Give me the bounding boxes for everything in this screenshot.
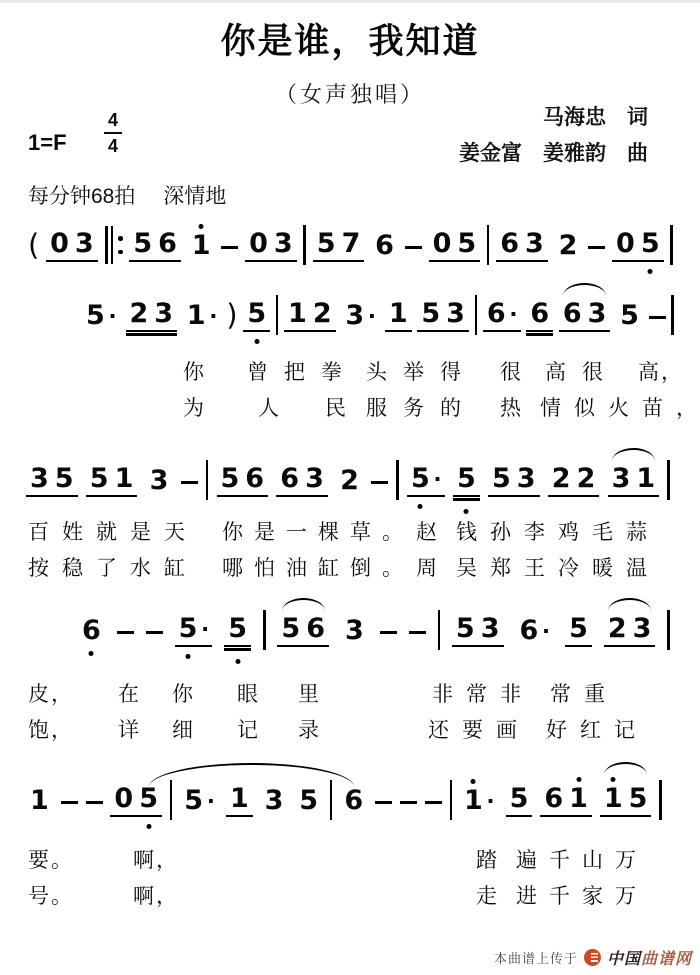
note-group: 6 bbox=[371, 230, 398, 262]
site-name-cn: 中国 bbox=[607, 951, 641, 968]
lyric-segment: 很 bbox=[500, 356, 534, 386]
dash-extension bbox=[146, 631, 163, 635]
note: 6 bbox=[541, 783, 566, 815]
note: 6 bbox=[303, 613, 328, 645]
note: 2 bbox=[549, 463, 574, 495]
note: 0 bbox=[111, 783, 136, 815]
lyric-segment: 记 bbox=[237, 714, 271, 744]
dash-extension bbox=[425, 801, 442, 805]
note: 3 bbox=[27, 463, 52, 495]
note-group: 2 bbox=[336, 465, 363, 497]
lyric-segment: 情似火苗， bbox=[540, 392, 700, 422]
note-group: 23 bbox=[604, 613, 656, 647]
lyric-segment: 细 bbox=[172, 714, 206, 744]
footer: 本曲谱上传于 中国曲谱网 bbox=[494, 946, 692, 969]
note: 0 bbox=[430, 228, 455, 260]
note: 3 bbox=[151, 298, 176, 330]
note-group: 63 bbox=[276, 463, 328, 497]
note: 6 bbox=[372, 230, 397, 262]
barline bbox=[475, 295, 478, 335]
note: 3 bbox=[522, 228, 547, 260]
note-group: 53 bbox=[452, 613, 504, 647]
barline bbox=[303, 225, 306, 265]
dash-extension bbox=[86, 801, 103, 805]
dash-extension bbox=[405, 246, 422, 250]
repeat-thick-bar bbox=[105, 226, 108, 264]
note-group: 6· bbox=[483, 298, 521, 332]
lyric-segment: 要。 bbox=[28, 844, 74, 874]
note: 2 bbox=[556, 230, 581, 262]
site-name: 中国曲谱网 bbox=[607, 946, 692, 969]
note: 3 bbox=[342, 615, 367, 647]
note: 2 bbox=[574, 463, 599, 495]
lyric-segment: 皮， bbox=[28, 678, 74, 708]
note-group: 5· bbox=[175, 613, 213, 647]
note: 1 bbox=[386, 298, 411, 330]
score: (035610357605632055·231·)5123·1536·66353… bbox=[0, 0, 700, 975]
lyric-segment: 啊， bbox=[133, 844, 179, 874]
lyric-segment: 高， bbox=[638, 356, 684, 386]
lyric-segment: 常重 bbox=[550, 678, 618, 708]
note-group: 5 bbox=[224, 613, 251, 647]
dash-extension bbox=[380, 631, 397, 635]
dash-extension bbox=[409, 631, 426, 635]
note-group: 5 bbox=[506, 783, 533, 817]
lyric-segment: 里 bbox=[298, 678, 332, 708]
note-group: 1 bbox=[385, 298, 412, 332]
lyric-segment: 你 bbox=[172, 678, 206, 708]
augmentation-dot: · bbox=[542, 615, 551, 647]
note: 3 bbox=[585, 298, 610, 330]
augmentation-dot: · bbox=[510, 298, 519, 330]
note: 2 bbox=[127, 298, 152, 330]
note-group: 5 bbox=[565, 613, 592, 647]
note-group: 2 bbox=[555, 230, 582, 262]
note-group: 53 bbox=[417, 298, 469, 332]
slur-arc bbox=[282, 598, 325, 611]
note-group: 03 bbox=[245, 228, 297, 262]
note-group: 53 bbox=[488, 463, 540, 497]
lyric-segment: 曾把拳 bbox=[247, 356, 358, 386]
note-group: 6 bbox=[526, 298, 553, 332]
note-group: 31 bbox=[608, 463, 660, 497]
note-group: 05 bbox=[612, 228, 664, 262]
slur-arc bbox=[604, 762, 647, 775]
augmentation-dot: · bbox=[201, 613, 210, 645]
augmentation-dot: · bbox=[207, 785, 216, 817]
lyric-segment: 走 bbox=[476, 880, 510, 910]
note: 3 bbox=[302, 463, 327, 495]
upload-text: 本曲谱上传于 bbox=[494, 948, 578, 967]
lyric-segment: 周 bbox=[416, 552, 450, 582]
dash-extension bbox=[588, 246, 605, 250]
note: 6 bbox=[341, 785, 366, 817]
note: 2 bbox=[605, 613, 630, 645]
note: 5 bbox=[181, 785, 206, 817]
note: 0 bbox=[246, 228, 271, 260]
note: 6 bbox=[560, 298, 585, 330]
note: 5 bbox=[566, 613, 591, 645]
dash-extension bbox=[117, 631, 134, 635]
score-line: 5·231·)5123·1536·6635 bbox=[82, 298, 674, 332]
lyric-segment: 头举得 bbox=[366, 356, 477, 386]
lyric-segment: 你 bbox=[183, 356, 217, 386]
repeat-thin-bar bbox=[111, 226, 114, 264]
repeat-dot bbox=[118, 236, 123, 241]
lyric-segment: 民 bbox=[325, 392, 359, 422]
note: 3 bbox=[478, 613, 503, 645]
barline bbox=[396, 460, 399, 500]
note: 5 bbox=[296, 785, 321, 817]
barline bbox=[206, 460, 209, 500]
note: 5 bbox=[130, 228, 155, 260]
lyric-segment: 人 bbox=[258, 392, 292, 422]
note-group: 3· bbox=[341, 300, 379, 332]
note-group: 56 bbox=[277, 613, 329, 647]
augmentation-dot: · bbox=[487, 785, 496, 817]
lyric-segment: 还要画 bbox=[428, 714, 530, 744]
note: 2 bbox=[310, 298, 335, 330]
note: 3 bbox=[271, 228, 296, 260]
note-group: 22 bbox=[548, 463, 600, 497]
note: 2 bbox=[337, 465, 362, 497]
note-group: 5· bbox=[180, 785, 218, 817]
repeat-dots bbox=[118, 236, 123, 254]
note-group: 1 bbox=[226, 783, 253, 817]
note: 5 bbox=[314, 228, 339, 260]
site-logo-icon bbox=[584, 949, 601, 966]
lyric-segment: 啊， bbox=[133, 880, 179, 910]
note: 1 bbox=[189, 230, 214, 262]
note-group: 3 bbox=[341, 615, 368, 647]
note-group: 51 bbox=[86, 463, 138, 497]
dash-extension bbox=[400, 801, 417, 805]
note-group: 3 bbox=[261, 785, 288, 817]
note: 0 bbox=[47, 228, 72, 260]
dash-extension bbox=[181, 481, 198, 485]
note: 1 bbox=[184, 300, 209, 332]
note-group: 56 bbox=[217, 463, 269, 497]
note: 6 bbox=[155, 228, 180, 260]
note: 0 bbox=[613, 228, 638, 260]
lyric-segment: 非常非 bbox=[432, 678, 534, 708]
note: 1 bbox=[285, 298, 310, 330]
note-group: 63 bbox=[496, 228, 548, 262]
lyric-segment: 饱， bbox=[28, 714, 74, 744]
lyric-segment: 你是一棵草。 bbox=[222, 516, 414, 546]
note: 5 bbox=[418, 298, 443, 330]
note: 6 bbox=[497, 228, 522, 260]
repeat-start-barline bbox=[105, 226, 123, 264]
note-group: 35 bbox=[26, 463, 78, 497]
barline bbox=[667, 610, 670, 650]
note-group: 05 bbox=[110, 783, 162, 817]
note: 6 bbox=[527, 298, 552, 330]
lyric-segment: 哪怕油缸倒。 bbox=[222, 552, 414, 582]
open-paren: ( bbox=[28, 228, 39, 262]
note: 1 bbox=[112, 463, 137, 495]
lyric-segment: 为 bbox=[183, 392, 217, 422]
note-group: 5· bbox=[82, 300, 120, 332]
note: 1 bbox=[633, 463, 658, 495]
note: 5 bbox=[83, 300, 108, 332]
lyric-segment: 高很 bbox=[545, 356, 619, 386]
note: 5 bbox=[453, 613, 478, 645]
dash-extension bbox=[221, 246, 238, 250]
note: 5 bbox=[626, 783, 651, 815]
augmentation-dot: · bbox=[210, 300, 219, 332]
note: 3 bbox=[443, 298, 468, 330]
lyric-segment: 赵 bbox=[416, 516, 450, 546]
barline bbox=[450, 780, 453, 820]
note-group: 5 bbox=[243, 298, 270, 332]
note: 5 bbox=[489, 463, 514, 495]
note-group: 1· bbox=[183, 300, 221, 332]
slur-arc bbox=[563, 283, 606, 296]
lyric-segment: 眼 bbox=[237, 678, 271, 708]
lyric-segment: 服务的 bbox=[366, 392, 477, 422]
note-group: 15 bbox=[600, 783, 652, 817]
note: 5 bbox=[507, 783, 532, 815]
repeat-dot bbox=[118, 250, 123, 255]
note-group: 3 bbox=[146, 465, 173, 497]
augmentation-dot: · bbox=[368, 300, 377, 332]
score-line: 1055·13561·56115 bbox=[26, 783, 662, 817]
note: 3 bbox=[262, 785, 287, 817]
note: 5 bbox=[638, 228, 663, 260]
lyric-segment: 百姓就是天 bbox=[28, 516, 198, 546]
note-group: 1 bbox=[26, 785, 53, 817]
slur-long bbox=[149, 763, 354, 787]
note-group: 12 bbox=[284, 298, 336, 332]
dash-extension bbox=[375, 801, 392, 805]
lyric-segment: 钱孙李鸡毛蒜 bbox=[456, 516, 660, 546]
barline bbox=[671, 295, 674, 335]
barline bbox=[487, 225, 490, 265]
lyric-segment: 遍千山万 bbox=[516, 844, 648, 874]
barline bbox=[670, 225, 673, 265]
note: 1 bbox=[601, 783, 626, 815]
score-line: 65·5563536·523 bbox=[78, 613, 670, 647]
score-line: 35513566325·5532231 bbox=[26, 463, 670, 497]
note-group: 63 bbox=[559, 298, 611, 332]
note: 3 bbox=[514, 463, 539, 495]
note: 1 bbox=[461, 785, 486, 817]
note-group: 23 bbox=[126, 298, 178, 332]
lyric-segment: 踏 bbox=[476, 844, 510, 874]
note-group: 5 bbox=[616, 300, 643, 332]
note-group: 1 bbox=[188, 230, 215, 262]
lyric-segment: 吴郑王冷暖温 bbox=[456, 552, 660, 582]
lyric-segment: 热 bbox=[500, 392, 534, 422]
note: 5 bbox=[225, 613, 250, 645]
note: 5 bbox=[244, 298, 269, 330]
note: 3 bbox=[630, 613, 655, 645]
barline bbox=[659, 780, 662, 820]
note-group: 6 bbox=[340, 785, 367, 817]
note: 5 bbox=[52, 463, 77, 495]
close-paren: ) bbox=[226, 298, 237, 332]
note-group: 57 bbox=[313, 228, 365, 262]
score-line: (03561035760563205 bbox=[28, 228, 673, 262]
note: 5 bbox=[454, 228, 479, 260]
site-name-rest: 曲谱网 bbox=[641, 951, 692, 968]
note: 1 bbox=[566, 783, 591, 815]
slur-arc bbox=[608, 598, 651, 611]
dash-extension bbox=[371, 481, 388, 485]
note: 6 bbox=[79, 615, 104, 647]
note: 5 bbox=[176, 613, 201, 645]
dash-extension bbox=[649, 316, 666, 320]
note-group: 5 bbox=[295, 785, 322, 817]
lyric-segment: 按稳了水缸 bbox=[28, 552, 198, 582]
note-group: 03 bbox=[46, 228, 98, 262]
note: 6 bbox=[484, 298, 509, 330]
lyric-segment: 进千家万 bbox=[516, 880, 648, 910]
note: 5 bbox=[278, 613, 303, 645]
note: 6 bbox=[242, 463, 267, 495]
note-group: 56 bbox=[129, 228, 181, 262]
note-group: 61 bbox=[540, 783, 592, 817]
note-group: 5· bbox=[407, 463, 445, 497]
note: 5 bbox=[218, 463, 243, 495]
barline bbox=[667, 460, 670, 500]
note-group: 5 bbox=[453, 463, 480, 497]
note: 3 bbox=[72, 228, 97, 260]
lyric-segment: 在 bbox=[118, 678, 152, 708]
dash-extension bbox=[61, 801, 78, 805]
note: 5 bbox=[87, 463, 112, 495]
note: 6 bbox=[277, 463, 302, 495]
barline bbox=[438, 610, 441, 650]
augmentation-dot: · bbox=[434, 463, 443, 495]
note-group: 6· bbox=[515, 615, 553, 647]
lyric-segment: 好红记 bbox=[546, 714, 648, 744]
lyric-segment: 录 bbox=[298, 714, 332, 744]
lyric-segment: 详 bbox=[118, 714, 152, 744]
note: 3 bbox=[609, 463, 634, 495]
slur-arc bbox=[612, 448, 655, 461]
note: 5 bbox=[617, 300, 642, 332]
note: 1 bbox=[227, 783, 252, 815]
barline bbox=[276, 295, 279, 335]
note-group: 05 bbox=[429, 228, 481, 262]
note: 6 bbox=[516, 615, 541, 647]
note: 3 bbox=[147, 465, 172, 497]
augmentation-dot: · bbox=[109, 300, 118, 332]
note-group: 6 bbox=[78, 615, 105, 647]
note: 3 bbox=[342, 300, 367, 332]
barline bbox=[263, 610, 266, 650]
note: 5 bbox=[454, 463, 479, 495]
note-group: 1· bbox=[460, 785, 498, 817]
note: 7 bbox=[339, 228, 364, 260]
note: 5 bbox=[408, 463, 433, 495]
lyric-segment: 号。 bbox=[28, 880, 74, 910]
note: 1 bbox=[27, 785, 52, 817]
note: 5 bbox=[136, 783, 161, 815]
